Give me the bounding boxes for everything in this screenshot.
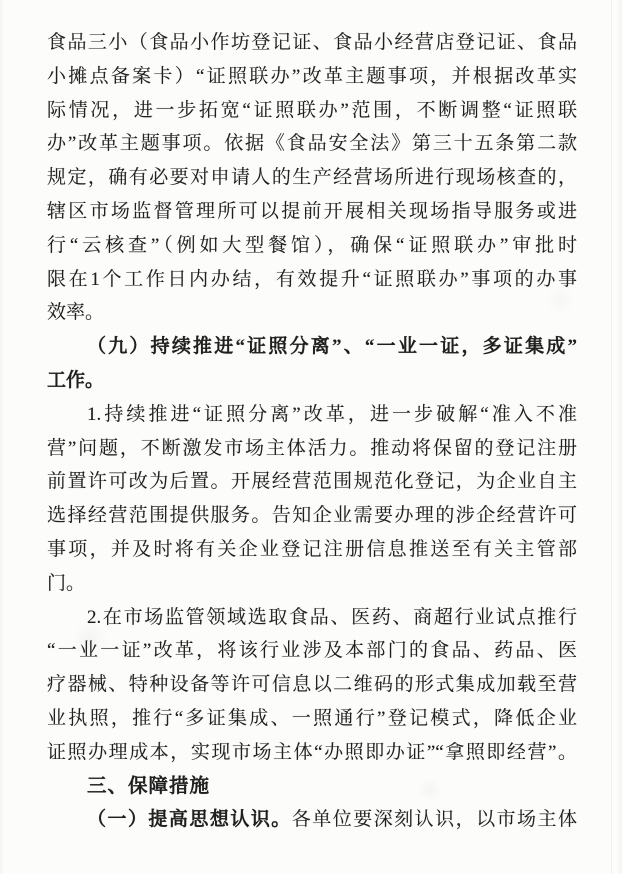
text-line: 小摊点备案卡）“证照联办”改革主题事项，并根据改革实 (47, 60, 577, 94)
text-line: （一）提高思想认识。各单位要深刻认识，以市场主体 (47, 803, 577, 837)
text-line: 三、保障措施 (47, 770, 577, 804)
text-line: “一业一证”改革，将该行业涉及本部门的食品、药品、医 (47, 634, 577, 668)
text-line: 事项，并及时将有关企业登记注册信息推送至有关主管部 (47, 533, 577, 567)
text-line: 营”问题，不断激发市场主体活力。推动将保留的登记注册 (47, 432, 577, 466)
text-line: 食品三小（食品小作坊登记证、食品小经营店登记证、食品 (47, 26, 577, 60)
scan-seam-line (611, 0, 612, 874)
text-line: 办”改革主题事项。依据《食品安全法》第三十五条第二款 (47, 127, 577, 161)
text-line: 2.在市场监管领域选取食品、医药、商超行业试点推行 (47, 601, 577, 635)
text-line: 辖区市场监督管理所可以提前开展相关现场指导服务或进 (47, 195, 577, 229)
text-line: 1.持续推进“证照分离”改革，进一步破解“准入不准 (47, 398, 577, 432)
text-line: 前置许可改为后置。开展经营范围规范化登记，为企业自主 (47, 465, 577, 499)
text-line: 际情况，进一步拓宽“证照联办”范围，不断调整“证照联 (47, 94, 577, 128)
text-line: 门。 (47, 567, 577, 601)
text-line: 证照办理成本，实现市场主体“办照即办证”“拿照即经营”。 (47, 736, 577, 770)
paragraph-lead: （一）提高思想认识。 (87, 809, 292, 830)
text-line: 限在1个工作日内办结，有效提升“证照联办”事项的办事 (47, 263, 577, 297)
document-text: 食品三小（食品小作坊登记证、食品小经营店登记证、食品小摊点备案卡）“证照联办”改… (47, 26, 577, 837)
text-line: 工作。 (47, 364, 577, 398)
text-line: 规定，确有必要对申请人的生产经营场所进行现场核查的， (47, 161, 577, 195)
document-page: 食品三小（食品小作坊登记证、食品小经营店登记证、食品小摊点备案卡）“证照联办”改… (0, 0, 622, 874)
text-line: （九）持续推进“证照分离”、“一业一证，多证集成” (47, 330, 577, 364)
text-line: 疗器械、特种设备等许可信息以二维码的形式集成加载至营 (47, 668, 577, 702)
text-line: 选择经营范围提供服务。告知企业需要办理的涉企经营许可 (47, 499, 577, 533)
text-line: 行“云核查”（例如大型餐馆），确保“证照联办”审批时 (47, 229, 577, 263)
text-line: 业执照，推行“多证集成、一照通行”登记模式，降低企业 (47, 702, 577, 736)
text-line: 效率。 (47, 296, 577, 330)
